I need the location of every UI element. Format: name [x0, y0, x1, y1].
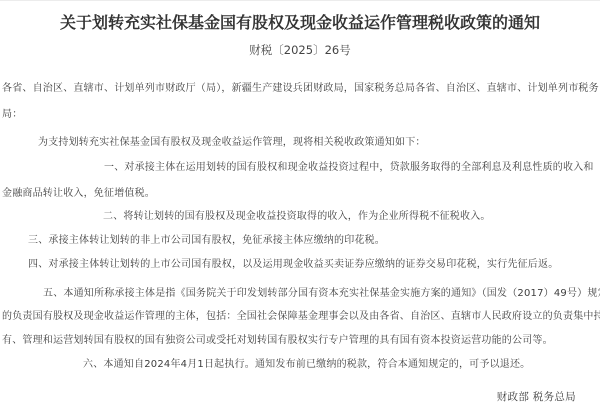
doc-line-item6: 六、本通知自2024年4月1日起执行。通知发布前已缴纳的税款，符合本通知规定的，… [83, 358, 530, 371]
doc-line-item1-end: 金融商品转让收入，免征增值税。 [2, 187, 155, 200]
document-page: 关于划转充实社保基金国有股权及现金收益运作管理税收政策的通知 财税〔2025〕2… [0, 0, 600, 406]
doc-line-item3: 三、承接主体转让划转的非上市公司国有股权，免征承接主体应缴纳的印花税。 [28, 234, 385, 247]
doc-line-recipients-end: 局： [2, 108, 22, 121]
doc-line-recipients: 各省、自治区、直辖市、计划单列市财政厅（局），新疆生产建设兵团财政局，国家税务总… [2, 82, 599, 95]
doc-line-intro: 为支持划转充实社保基金国有股权及现金收益运作管理，现将相关税收政策通知如下： [38, 136, 426, 149]
doc-line-item1: 一、对承接主体在运用划转的国有股权和现金收益投资过程中，贷款服务取得的全部利息及… [104, 161, 594, 174]
document-number: 财税〔2025〕26号 [0, 42, 600, 58]
doc-line-item5-end: 有、管理和运营划转国有股权的国有独资公司或受托对划转国有股权实行专户管理的具有国… [2, 334, 553, 347]
doc-line-item2: 二、将转让划转的国有股权及现金收益投资取得的收入，作为企业所得税不征税收入。 [103, 210, 491, 223]
doc-line-item4: 四、对承接主体转让划转的上市公司国有股权，以及运用现金收益买卖证券应缴纳的证券交… [28, 258, 558, 271]
doc-line-item5-cont: 的负责国有股权及现金收益运作管理的主体，包括：全国社会保障基金理事会以及由各省、… [2, 310, 600, 323]
document-title: 关于划转充实社保基金国有股权及现金收益运作管理税收政策的通知 [0, 10, 600, 33]
doc-line-item5: 五、本通知所称承接主体是指《国务院关于印发划转部分国有资本充实社保基金实施方案的… [43, 287, 600, 300]
signature: 财政部 税务总局 [497, 389, 576, 404]
